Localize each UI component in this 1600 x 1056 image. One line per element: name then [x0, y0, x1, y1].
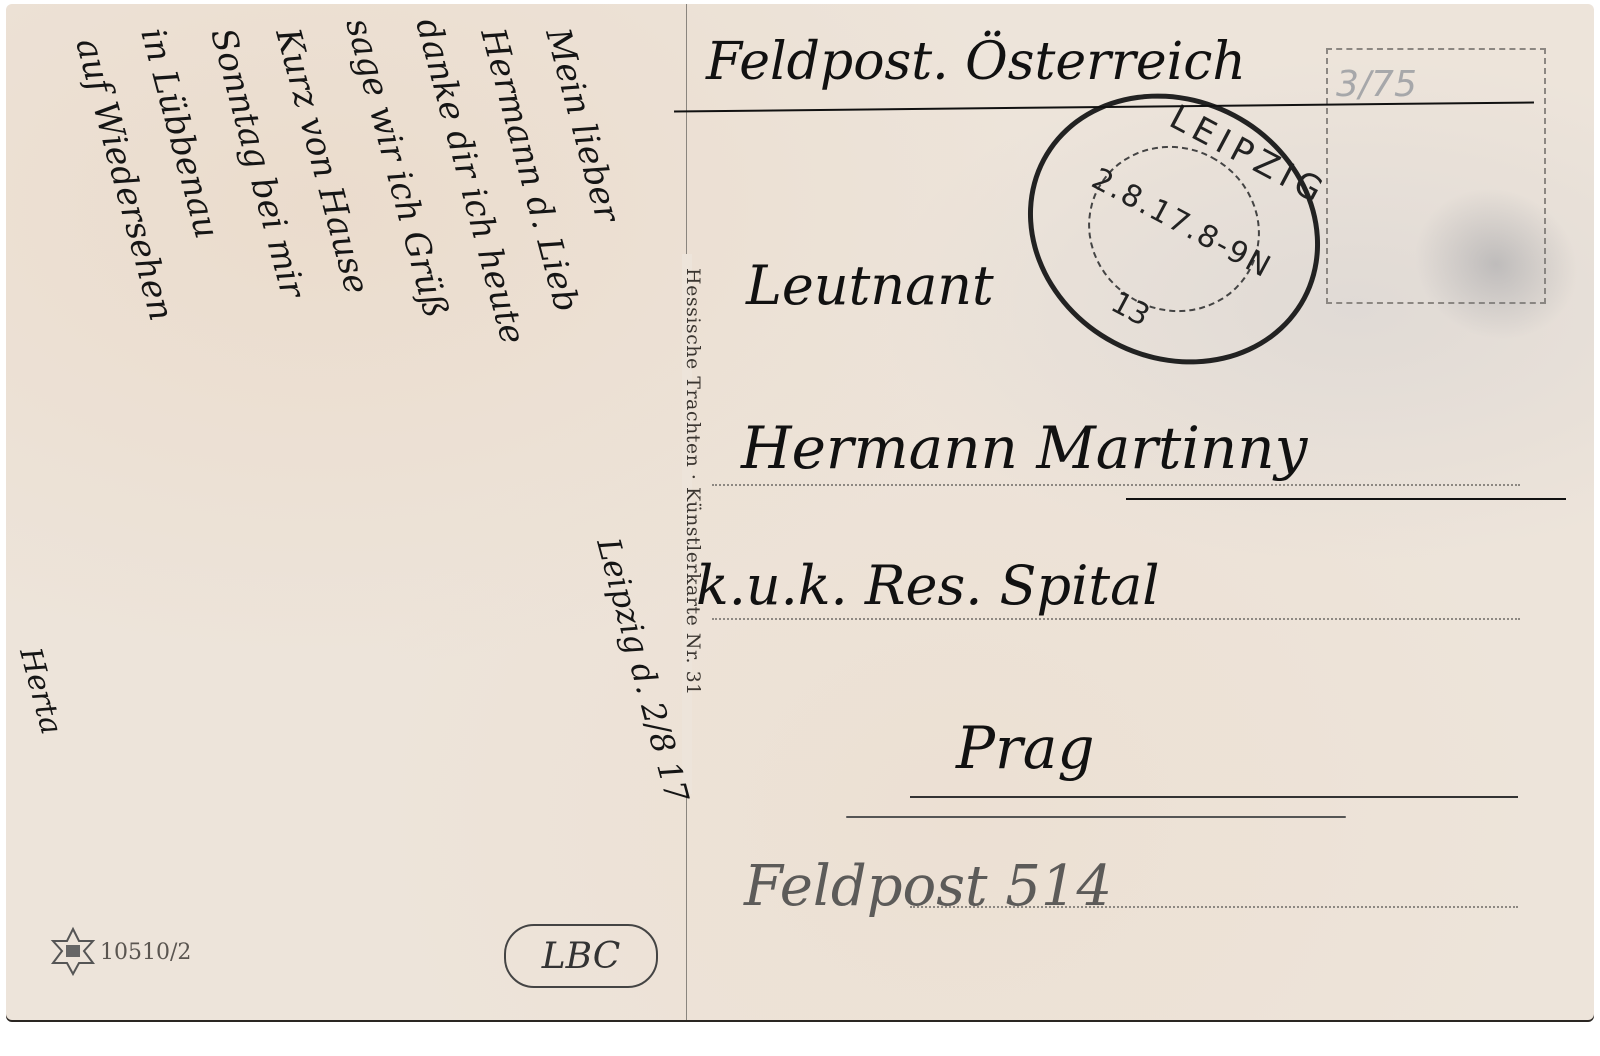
- address-name: Hermann Martinny: [741, 414, 1307, 482]
- address-line-2: [712, 618, 1520, 620]
- pencil-note: 3/75: [1336, 64, 1417, 105]
- name-underline: [1126, 498, 1566, 500]
- postcard-back: Hessische Trachten · Künstlerkarte Nr. 3…: [6, 4, 1594, 1020]
- address-rank: Leutnant: [746, 254, 994, 317]
- address-place: Prag: [956, 714, 1094, 782]
- place-underline: [846, 816, 1346, 818]
- circular-postmark-icon: LEIPZIG 2.8.17.8-9N 13: [980, 43, 1368, 415]
- address-unit: k.u.k. Res. Spital: [696, 554, 1160, 617]
- address-feldpost-header: Feldpost. Österreich: [706, 32, 1246, 92]
- star-logo-icon: [48, 926, 98, 976]
- address-line-4: [910, 906, 1518, 908]
- message-signature: Herta: [12, 644, 69, 738]
- address-feldpost-number: Feldpost 514: [744, 854, 1112, 919]
- publisher-monogram: LBC: [504, 924, 658, 988]
- publisher-caption: Hessische Trachten · Künstlerkarte Nr. 3…: [668, 268, 704, 768]
- catalog-number: 10510/2: [100, 940, 191, 965]
- address-line-1: [712, 484, 1520, 486]
- address-line-3: [910, 796, 1518, 798]
